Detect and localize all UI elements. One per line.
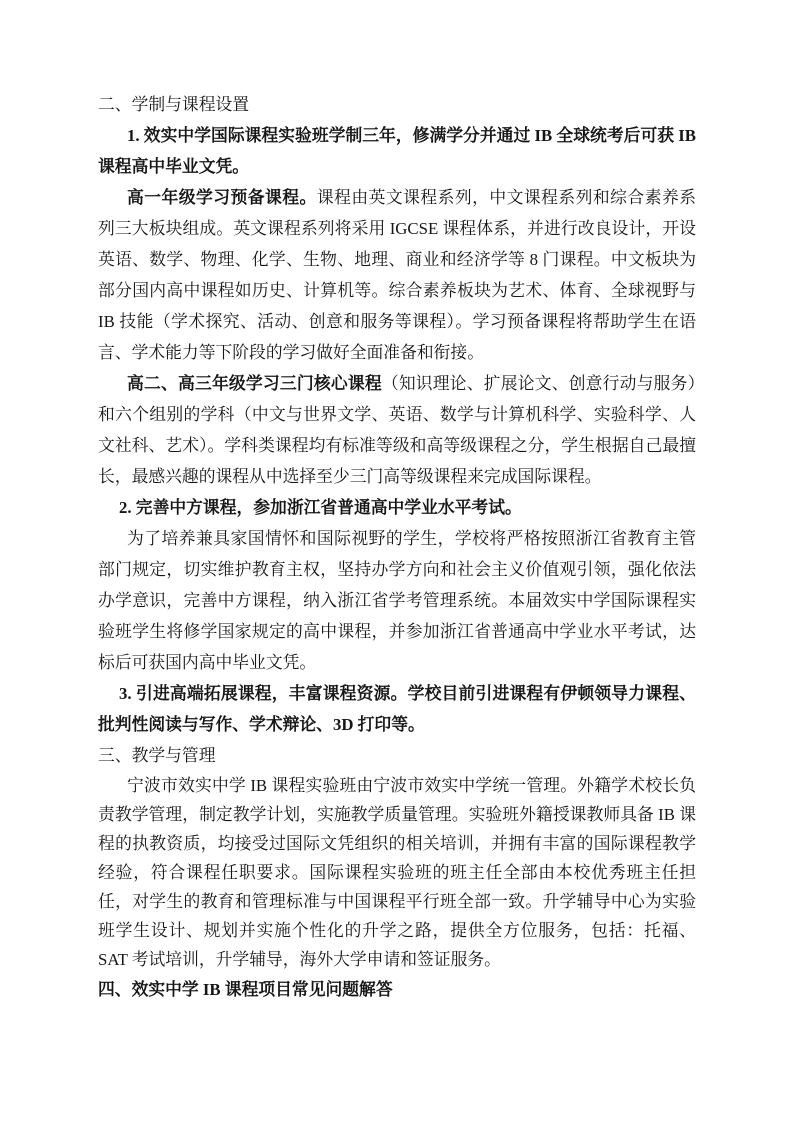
section-heading-3: 三、教学与管理 [98,740,696,771]
numbered-item-3: 3. 引进高端拓展课程，丰富课程资源。学校目前引进课程有伊顿领导力课程、批判性阅… [98,678,696,740]
paragraph-lead-core: 高二、高三年级学习三门核心课程 [127,374,382,393]
paragraph-text-prep: 课程由英文课程系列，中文课程系列和综合素养系列三大板块组成。英文课程系列将采用 … [98,188,696,362]
numbered-item-2: 2. 完善中方课程，参加浙江省普通高中学业水平考试。 [98,492,696,523]
section-heading-4: 四、效实中学 IB 课程项目常见问题解答 [98,974,696,1005]
paragraph-core-courses: 高二、高三年级学习三门核心课程（知识理论、扩展论文、创意行动与服务）和六个组别的… [98,368,696,492]
numbered-item-1: 1. 效实中学国际课程实验班学制三年，修满学分并通过 IB 全球统考后可获 IB… [98,120,696,182]
paragraph-teaching-management: 宁波市效实中学 IB 课程实验班由宁波市效实中学统一管理。外籍学术校长负责教学管… [98,771,696,974]
paragraph-prep-courses: 高一年级学习预备课程。课程由英文课程系列，中文课程系列和综合素养系列三大板块组成… [98,182,696,368]
document-page: 二、学制与课程设置 1. 效实中学国际课程实验班学制三年，修满学分并通过 IB … [0,0,793,1122]
paragraph-lead-prep: 高一年级学习预备课程。 [127,188,317,207]
paragraph-chinese-curriculum: 为了培养兼具家国情怀和国际视野的学生，学校将严格按照浙江省教育主管部门规定，切实… [98,523,696,678]
section-heading-2: 二、学制与课程设置 [98,89,696,120]
